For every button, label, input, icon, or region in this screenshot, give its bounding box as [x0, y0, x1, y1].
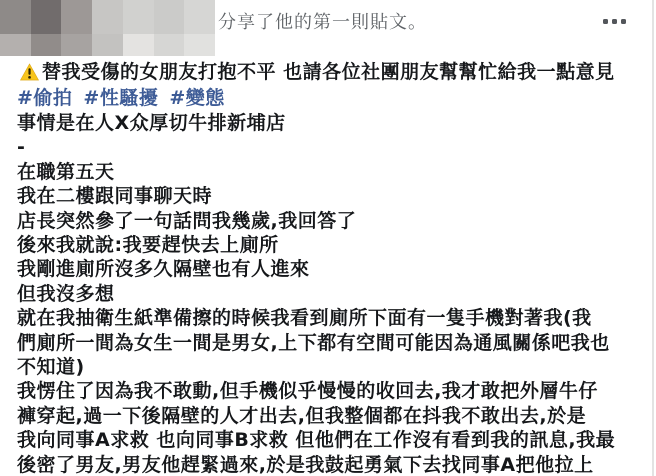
post-headline: 替我受傷的女朋友打抱不平 也請各位社團朋友幫幫忙給我一點意見: [20, 59, 645, 85]
mosaic-cell: [61, 0, 92, 34]
mosaic-cell: [184, 0, 215, 34]
post-text-line: 我向同事A求救 也向同事B求救 但他們在工作沒有看到我的訊息,我最: [17, 428, 645, 452]
post-text-line: 們廁所一間為女生一間是男女,上下都有空間可能因為通風關係吧我也: [17, 331, 645, 355]
mosaic-cell: [123, 0, 154, 34]
mosaic-row: [0, 34, 215, 56]
ellipsis-icon: [603, 19, 608, 24]
post-text-line: 後來我就說:我要趕快去上廁所: [17, 233, 645, 257]
post-text-line: 事情是在人X众厚切牛排新埔店: [17, 111, 645, 135]
post-warning-text: 替我受傷的女朋友打抱不平 也請各位社團朋友幫幫忙給我一點意見: [42, 59, 615, 85]
mosaic-row: [0, 0, 215, 34]
post-text-line: 店長突然參了一句話問我幾歲,我回答了: [17, 209, 645, 233]
post-text-line: 但我沒多想: [17, 282, 645, 306]
post-body: 事情是在人X众厚切牛排新埔店-在職第五天我在二樓跟同事聊天時店長突然參了一句話問…: [17, 111, 645, 476]
post-text-line: 褲穿起,過一下後隔壁的人才出去,但我整個都在抖我不敢出去,於是: [17, 404, 645, 428]
post-text-line: 後密了男友,男友他趕緊過來,於是我鼓起勇氣下去找同事A把他拉上: [17, 453, 645, 476]
hashtag-row: #偷拍#性騷擾#變態: [17, 85, 645, 111]
mosaic-cell: [0, 34, 31, 56]
hashtag-link[interactable]: #性騷擾: [83, 85, 158, 111]
mosaic-cell: [92, 0, 123, 34]
post-text-line: 就在我抽衛生紙準備擦的時候我看到廁所下面有一隻手機對著我(我: [17, 306, 645, 330]
mosaic-cell: [31, 0, 62, 34]
mosaic-cell: [184, 34, 215, 56]
post-text-line: 在職第五天: [17, 160, 645, 184]
blurred-username: [0, 0, 215, 56]
post-text-line: -: [17, 135, 645, 159]
post-text-line: 我剛進廁所沒多久隔壁也有人進來: [17, 257, 645, 281]
mosaic-cell: [0, 0, 31, 34]
post-text-line: 不知道): [17, 355, 645, 379]
mosaic-cell: [154, 0, 185, 34]
hashtag-link[interactable]: #偷拍: [17, 85, 72, 111]
mosaic-cell: [154, 34, 185, 56]
post-text-line: 我愣住了因為我不敢動,但手機似乎慢慢的收回去,我才敢把外層牛仔: [17, 379, 645, 403]
facebook-post: 分享了他的第一則貼文。 替我受傷的女朋友打抱不平 也請各位社團朋友幫幫忙給我一點…: [0, 0, 656, 476]
ellipsis-icon: [621, 19, 626, 24]
warning-triangle-icon: [20, 63, 39, 81]
post-text-line: 我在二樓跟同事聊天時: [17, 184, 645, 208]
mosaic-cell: [31, 34, 62, 56]
post-content: 替我受傷的女朋友打抱不平 也請各位社團朋友幫幫忙給我一點意見 #偷拍#性騷擾#變…: [17, 59, 645, 476]
mosaic-cell: [92, 34, 123, 56]
ellipsis-icon: [612, 19, 617, 24]
mosaic-cell: [61, 34, 92, 56]
right-edge-divider: [652, 0, 654, 476]
hashtag-link[interactable]: #變態: [169, 85, 224, 111]
post-header-action: 分享了他的第一則貼文。: [218, 8, 427, 34]
post-options-button[interactable]: [599, 15, 630, 28]
mosaic-cell: [123, 34, 154, 56]
